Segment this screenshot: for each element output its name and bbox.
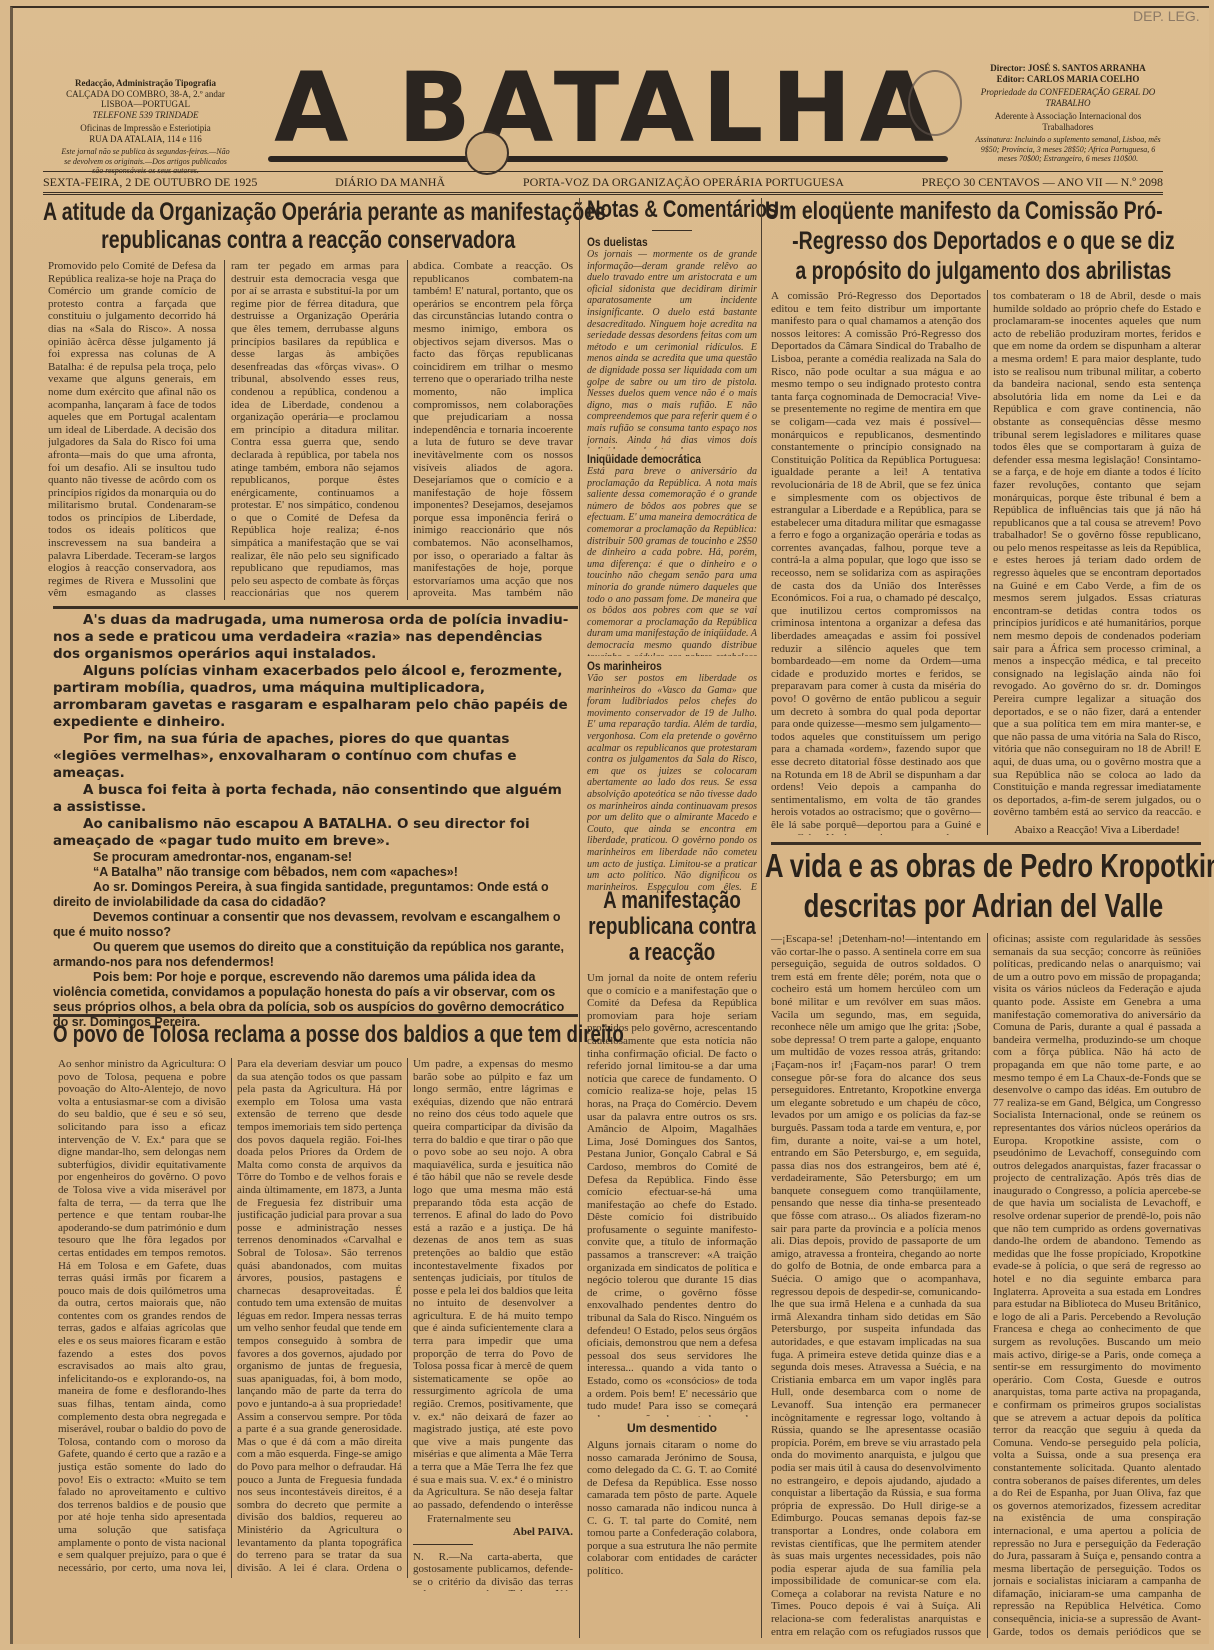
column-rule: [231, 1058, 232, 1578]
newspaper-title: A BATALHA: [263, 53, 953, 163]
masthead-right-line: Director: JOSÉ S. SANTOS ARRANHA: [973, 63, 1163, 74]
section-divider: [771, 842, 1201, 845]
raid-paragraph: Alguns polícias vinham exacerbados pelo …: [53, 663, 573, 731]
section-divider: [53, 1014, 578, 1017]
tolosa-col3-wrap: Um padre, a expensas do mesmo barão sobe…: [413, 1058, 573, 1591]
short-divider: [413, 1544, 473, 1545]
notes-subhead: Os marinheiros: [587, 659, 732, 673]
masthead-left-line: Redacção, Administração Tipografia: [58, 78, 233, 89]
column-rule: [987, 933, 988, 1638]
article-kropotkine-headline: A vida e as obras de Pedro Kropotkine de…: [765, 846, 1205, 926]
article-police-raid: A's duas da madrugada, uma numerosa orda…: [53, 612, 573, 1030]
masthead-right-line: Editor: CARLOS MARIA COELHO: [973, 74, 1163, 85]
section-divider: [53, 606, 578, 609]
raid-paragraph: Por fim, na sua fúria de apaches, piores…: [53, 731, 573, 782]
title-underline: [268, 156, 948, 162]
deportados-closing: Abaixo a Reacção! Viva a Liberdade!: [993, 824, 1201, 836]
masthead-left-line: RUA DA ATALAIA, 114 e 116: [58, 134, 233, 145]
column-rule: [987, 290, 988, 835]
tolosa-col2: Para ela deveriam desviar um pouco da su…: [237, 1058, 402, 1573]
article-tolosa-headline: O povo de Tolosa reclama a posse dos bal…: [53, 1020, 573, 1050]
tolosa-col1: Ao senhor ministro da Agricultura: O pov…: [58, 1058, 226, 1573]
newspaper-page: DEP. LEG. Redacção, Administração Tipogr…: [10, 6, 1209, 1644]
deportados-col1: A comissão Pró-Regresso dos Deportados e…: [771, 290, 981, 835]
issue-date: SEXTA-FEIRA, 2 DE OUTUBRO DE 1925: [43, 172, 257, 192]
manifestacao-headline: A manifestação republicana contra a reac…: [587, 888, 757, 966]
tolosa-col3: Um padre, a expensas do mesmo barão sobe…: [413, 1058, 573, 1513]
tolosa-editor-note: N. R.—Na carta-aberta, que gostosamente …: [413, 1551, 573, 1591]
subscription-rates: Assinatura: Incluindo o suplemento seman…: [973, 135, 1163, 164]
notes-subhead: Iniqüidade democrática: [587, 452, 732, 466]
daily-label: DIÁRIO DA MANHÃ: [335, 172, 445, 192]
column-rule: [761, 198, 762, 1638]
headline-line: descritas por Adrian del Valle: [765, 886, 1202, 926]
column-rule: [224, 260, 225, 600]
article-atitude-col1: Promovido pelo Comité de Defesa da Repúb…: [48, 260, 216, 600]
column-rule: [407, 260, 408, 600]
library-stamp-icon: [908, 70, 962, 136]
masthead-right-line: Propriedade da CONFEDERAÇÃO GERAL DO TRA…: [973, 87, 1163, 108]
notes-section-text: Vão ser postos em liberdade os marinheir…: [587, 673, 757, 893]
tolosa-signature: Abel PAIVA.: [413, 1526, 573, 1538]
short-divider: [652, 230, 692, 231]
notes-column: Notas & Comentários Os duelistas Os jorn…: [587, 196, 757, 893]
article-atitude-col3: abdica. Combate a reacção. Os republican…: [413, 260, 573, 600]
notes-section-text: Está para breve o aniversário da proclam…: [587, 466, 757, 656]
headline-line: Um eloqüente manifesto da Comissão Pró-: [765, 196, 1202, 226]
masthead-left-line: LISBOA—PORTUGAL: [58, 99, 233, 110]
kropotkine-col1: —¡Escapa-se! ¡Detenham-no!—intentando em…: [771, 933, 981, 1638]
raid-paragraph: A busca foi feita à porta fechada, não c…: [53, 782, 573, 816]
raid-paragraph: Ao canibalismo não escapou A BATALHA. O …: [53, 816, 573, 850]
raid-body: Ou querem que usemos do direito que a co…: [53, 940, 573, 970]
article-manifestacao: A manifestação republicana contra a reac…: [587, 888, 757, 1589]
tolosa-headline: O povo de Tolosa reclama a posse dos bal…: [53, 1020, 572, 1050]
article-deportados-headline: Um eloqüente manifesto da Comissão Pró- …: [765, 196, 1205, 286]
tagline: PORTA-VOZ DA ORGANIZAÇÃO OPERÁRIA PORTUG…: [523, 172, 844, 192]
headline-line: -Regresso dos Deportados e o que se diz: [765, 226, 1202, 256]
legal-deposit-stamp: DEP. LEG.: [1133, 8, 1200, 24]
notes-headline: Notas & Comentários: [587, 196, 759, 224]
desmentido-text: Alguns jornais citaram o nome do nosso c…: [587, 1439, 757, 1589]
desmentido-subhead: Um desmentido: [587, 1421, 757, 1435]
article-atitude-headline: A atitude da Organização Operária perant…: [43, 198, 573, 253]
emblem-seal-icon: [465, 131, 509, 175]
article-atitude-col2: ram ter pegado em armas para destruir es…: [231, 260, 399, 600]
masthead-left-line: TELEFONE 539 TRINDADE: [58, 110, 233, 121]
column-rule: [407, 1058, 408, 1578]
headline-line: a propósito do julgamento dos abrilistas: [765, 256, 1202, 286]
headline-line: A vida e as obras de Pedro Kropotkine: [765, 846, 1202, 886]
issue-price: PREÇO 30 CENTAVOS — ANO VII — N.º 2098: [922, 172, 1163, 192]
raid-body: Devemos continuar a consentir que nos de…: [53, 910, 573, 940]
deportados-col2: tos combateram o 18 de Abril, desde o ma…: [993, 290, 1201, 815]
headline-line: republicanas contra a reacção conservado…: [43, 226, 573, 254]
masthead-left-info: Redacção, Administração Tipografia CALÇA…: [58, 78, 233, 176]
column-rule: [579, 198, 580, 1638]
masthead-right-line: Aderente à Associação Internacional dos …: [973, 111, 1163, 132]
headline-line: A atitude da Organização Operária perant…: [43, 198, 573, 226]
masthead-left-line: CALÇADA DO COMBRO, 38-A, 2.º andar: [58, 89, 233, 100]
raid-body: Se procuram amedrontar-nos, enganam-se!: [53, 850, 573, 865]
notes-section-text: Os jornais — mormente os de grande infor…: [587, 249, 757, 449]
notes-subhead: Os duelistas: [587, 235, 732, 249]
masthead-left-line: Oficinas de Impressão e Esteriotipia: [58, 123, 233, 134]
kropotkine-col2: oficinas; assiste com regularidade às se…: [993, 933, 1201, 1638]
masthead-right-info: Director: JOSÉ S. SANTOS ARRANHA Editor:…: [973, 63, 1163, 164]
dateline-bar: SEXTA-FEIRA, 2 DE OUTUBRO DE 1925 DIÁRIO…: [43, 171, 1163, 195]
raid-body: Ao sr. Domingos Pereira, à sua fingida s…: [53, 880, 573, 910]
tolosa-closing: Fraternalmente seu: [413, 1513, 573, 1526]
raid-paragraph: A's duas da madrugada, uma numerosa orda…: [53, 612, 573, 663]
raid-body: “A Batalha” não transige com bêbados, ne…: [53, 865, 573, 880]
